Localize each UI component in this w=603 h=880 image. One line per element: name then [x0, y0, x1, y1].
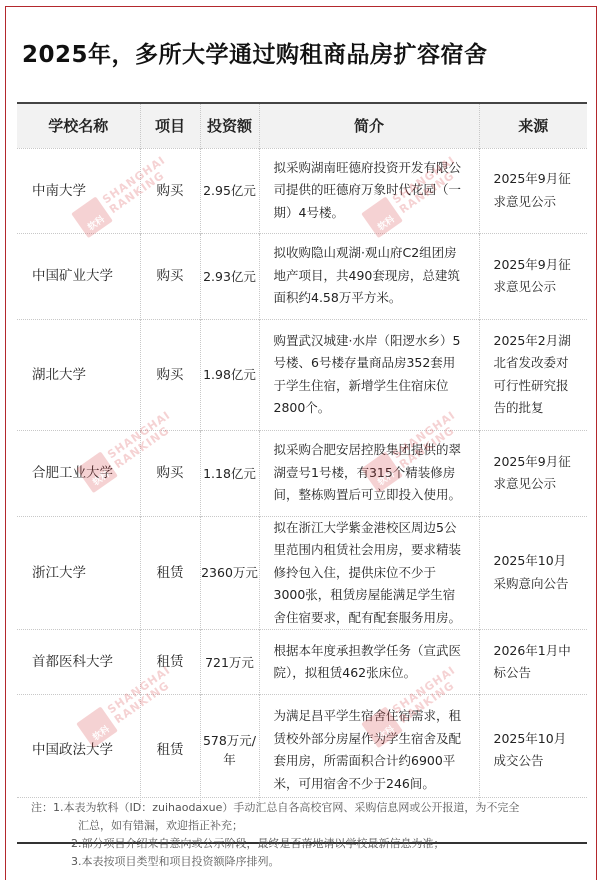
cell-desc: 购置武汉城建·水岸（阳逻水乡）5号楼、6号楼存量商品房352套用于学生住宿，新增… — [259, 319, 479, 430]
cell-school: 中国政法大学 — [17, 695, 140, 806]
cell-amount: 721万元 — [200, 630, 259, 695]
cell-school: 湖北大学 — [17, 319, 140, 430]
cell-amount: 2.93亿元 — [200, 233, 259, 319]
cell-desc: 拟采购湖南旺德府投资开发有限公司提供的旺德府万象时代花园（一期）4号楼。 — [259, 148, 479, 233]
cell-type: 购买 — [140, 319, 200, 430]
table-row: 首都医科大学 租赁 721万元 根据本年度承担教学任务（宣武医院），拟租赁462… — [17, 630, 587, 695]
cell-school: 中国矿业大学 — [17, 233, 140, 319]
cell-amount: 578万元/年 — [200, 695, 259, 806]
table-row: 浙江大学 租赁 2360万元 拟在浙江大学紫金港校区周边5公里范围内租赁社会用房… — [17, 516, 587, 630]
cell-type: 购买 — [140, 233, 200, 319]
page-title: 2025年，多所大学通过购租商品房扩容宿舍 — [22, 36, 488, 69]
note-line-1: 注：1.本表为软科（ID：zuihaodaxue）手动汇总自各高校官网、采购信息… — [31, 798, 587, 818]
cell-source: 2025年10月成交公告 — [479, 695, 587, 806]
header-school: 学校名称 — [17, 103, 140, 148]
cell-source: 2025年9月征求意见公示 — [479, 148, 587, 233]
header-type: 项目 — [140, 103, 200, 148]
cell-amount: 2360万元 — [200, 516, 259, 630]
cell-amount: 2.95亿元 — [200, 148, 259, 233]
cell-source: 2026年1月中标公告 — [479, 630, 587, 695]
cell-school: 中南大学 — [17, 148, 140, 233]
table-row: 湖北大学 购买 1.98亿元 购置武汉城建·水岸（阳逻水乡）5号楼、6号楼存量商… — [17, 319, 587, 430]
cell-desc: 为满足昌平学生宿舍住宿需求，租赁校外部分房屋作为学生宿舍及配套用房，所需面积合计… — [259, 695, 479, 806]
table-row: 中国矿业大学 购买 2.93亿元 拟收购隐山观湖·观山府C2组团房地产项目，共4… — [17, 233, 587, 319]
cell-type: 租赁 — [140, 630, 200, 695]
header-desc: 简介 — [259, 103, 479, 148]
cell-desc: 拟采购合肥安居控股集团提供的翠湖壹号1号楼，有315个精装修房间，整栋购置后可立… — [259, 430, 479, 516]
footnotes: 注：1.本表为软科（ID：zuihaodaxue）手动汇总自各高校官网、采购信息… — [17, 797, 587, 844]
cell-type: 购买 — [140, 430, 200, 516]
cell-amount: 1.98亿元 — [200, 319, 259, 430]
cell-desc: 拟在浙江大学紫金港校区周边5公里范围内租赁社会用房，要求精装修拎包入住，提供床位… — [259, 516, 479, 630]
cell-type: 租赁 — [140, 516, 200, 630]
note-line-2: 2.部分项目介绍来自意向或公示阶段，最终是否落地请以学校最新信息为准； — [31, 834, 587, 854]
cell-source: 2025年10月采购意向公告 — [479, 516, 587, 630]
dorm-expansion-table: 学校名称 项目 投资额 简介 来源 中南大学 购买 2.95亿元 拟采购湖南旺德… — [17, 102, 587, 806]
cell-source: 2025年9月征求意见公示 — [479, 430, 587, 516]
table-header-row: 学校名称 项目 投资额 简介 来源 — [17, 103, 587, 148]
cell-school: 首都医科大学 — [17, 630, 140, 695]
cell-school: 浙江大学 — [17, 516, 140, 630]
table-row: 合肥工业大学 购买 1.18亿元 拟采购合肥安居控股集团提供的翠湖壹号1号楼，有… — [17, 430, 587, 516]
table-row: 中南大学 购买 2.95亿元 拟采购湖南旺德府投资开发有限公司提供的旺德府万象时… — [17, 148, 587, 233]
cell-source: 2025年2月湖北省发改委对可行性研究报告的批复 — [479, 319, 587, 430]
cell-source: 2025年9月征求意见公示 — [479, 233, 587, 319]
header-amount: 投资额 — [200, 103, 259, 148]
cell-desc: 根据本年度承担教学任务（宣武医院），拟租赁462张床位。 — [259, 630, 479, 695]
cell-amount: 1.18亿元 — [200, 430, 259, 516]
cell-type: 租赁 — [140, 695, 200, 806]
header-source: 来源 — [479, 103, 587, 148]
cell-desc: 拟收购隐山观湖·观山府C2组团房地产项目，共490套现房，总建筑面积约4.58万… — [259, 233, 479, 319]
note-prefix: 注： — [31, 801, 53, 814]
note-line-3: 3.本表按项目类型和项目投资额降序排列。 — [31, 852, 587, 872]
cell-type: 购买 — [140, 148, 200, 233]
note-line-1-cont: 汇总，如有错漏，欢迎指正补充； — [31, 816, 587, 836]
table-row: 中国政法大学 租赁 578万元/年 为满足昌平学生宿舍住宿需求，租赁校外部分房屋… — [17, 695, 587, 806]
cell-school: 合肥工业大学 — [17, 430, 140, 516]
